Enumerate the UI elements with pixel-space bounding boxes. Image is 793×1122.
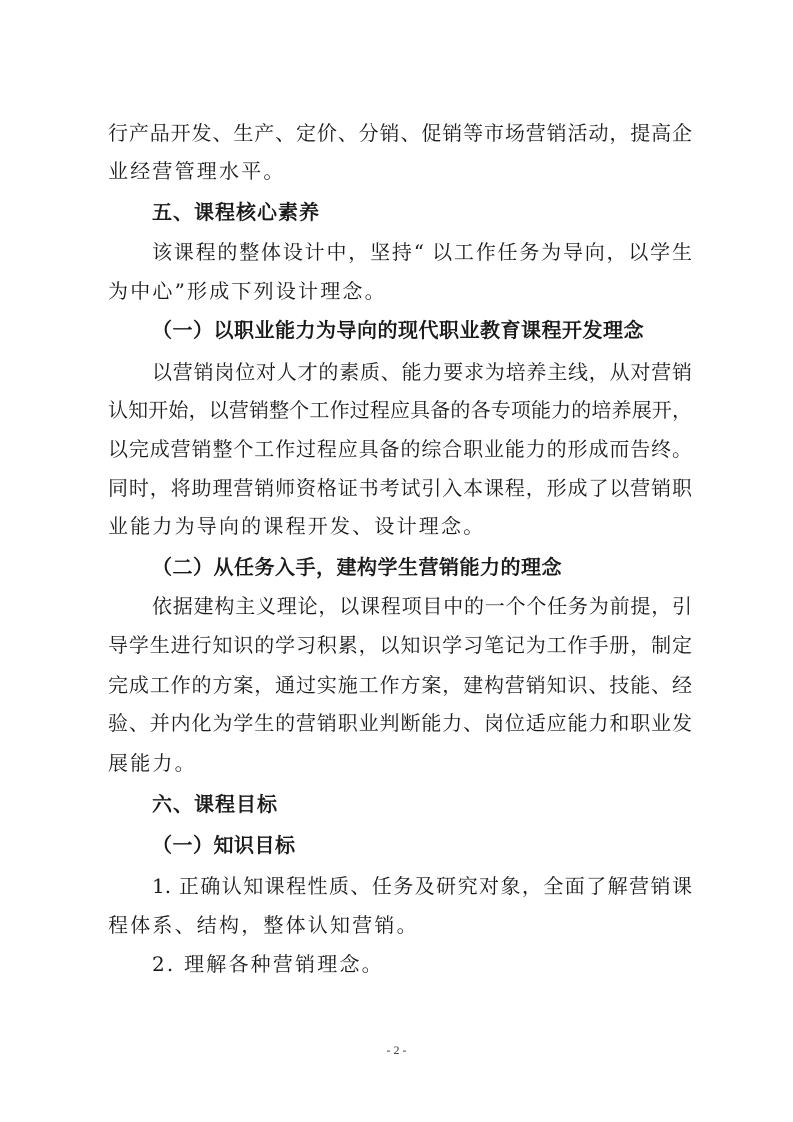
body-line: 展能力。 <box>108 748 197 778</box>
body-line: 业经营管理水平。 <box>108 156 286 186</box>
body-line: 为中心”形成下列设计理念。 <box>108 276 387 306</box>
body-line: 行产品开发、生产、定价、分销、促销等市场营销活动，提高企 <box>108 118 692 148</box>
body-line: 以营销岗位对人才的素质、能力要求为培养主线，从对营销 <box>152 357 692 387</box>
body-line: 同时，将助理营销师资格证书考试引入本课程，形成了以营销职 <box>108 473 692 503</box>
body-line: 验、并内化为学生的营销职业判断能力、岗位适应能力和职业发 <box>108 708 692 738</box>
body-line: 业能力为导向的课程开发、设计理念。 <box>108 511 485 541</box>
section-heading: 五、课程核心素养 <box>152 197 320 227</box>
list-item: 2. 理解各种营销理念。 <box>152 949 384 979</box>
list-item: 1. 正确认知课程性质、任务及研究对象，全面了解营销课 <box>152 871 692 901</box>
body-line: 以完成营销整个工作过程应具备的综合职业能力的形成而告终。 <box>108 434 692 464</box>
page-number: - 2 - <box>0 1043 793 1058</box>
list-item-continuation: 程体系、结构，整体认知营销。 <box>108 910 419 940</box>
body-line: 依据建构主义理论，以课程项目中的一个个任务为前提，引 <box>152 591 692 621</box>
body-line: 导学生进行知识的学习积累，以知识学习笔记为工作手册，制定 <box>108 630 692 660</box>
subsection-heading: （二）从任务入手，建构学生营销能力的理念 <box>152 552 562 582</box>
subsection-heading: （一）知识目标 <box>152 830 296 860</box>
body-line: 该课程的整体设计中，坚持“ 以工作任务为导向，以学生 <box>152 237 692 267</box>
body-line: 完成工作的方案，通过实施工作方案，建构营销知识、技能、经 <box>108 670 692 700</box>
subsection-heading: （一）以职业能力为导向的现代职业教育课程开发理念 <box>152 315 644 345</box>
body-line: 认知开始，以营销整个工作过程应具备的各专项能力的培养展开， <box>108 395 692 425</box>
section-heading: 六、课程目标 <box>152 789 278 819</box>
